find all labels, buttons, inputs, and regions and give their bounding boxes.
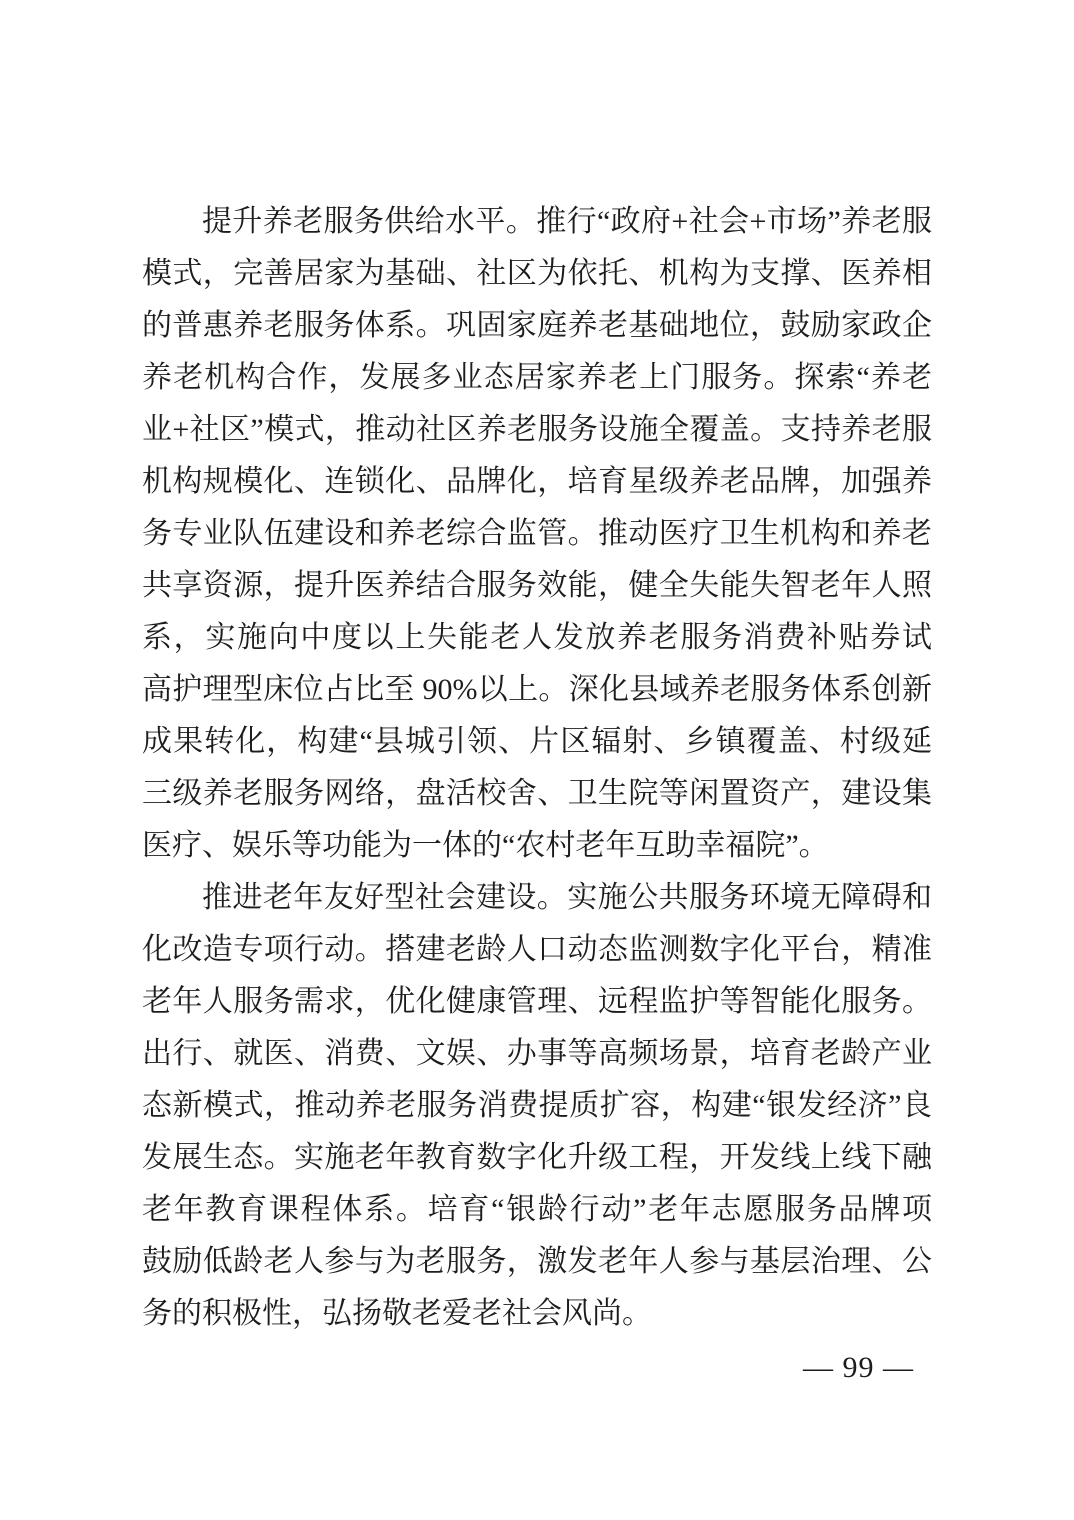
text-line: 鼓励低龄老人参与为老服务，激发老年人参与基层治理、公益服 bbox=[142, 1236, 932, 1288]
page-number: — 99 — bbox=[803, 1352, 914, 1384]
text-line: 务专业队伍建设和养老综合监管。推动医疗卫生机构和养老机构 bbox=[142, 508, 932, 560]
text-line: 老年教育课程体系。培育“银龄行动”老年志愿服务品牌项目， bbox=[142, 1184, 932, 1236]
text-line: 三级养老服务网络，盘活校舍、卫生院等闲置资产，建设集服务、 bbox=[142, 768, 932, 820]
text-line: 务的积极性，弘扬敬老爱老社会风尚。 bbox=[142, 1288, 932, 1340]
paragraph: 提升养老服务供给水平。推行“政府+社会+市场”养老服务模式，完善居家为基础、社区… bbox=[142, 196, 932, 872]
text-line: 高护理型床位占比至 90%以上。深化县域养老服务体系创新试点 bbox=[142, 664, 932, 716]
text-line: 系，实施向中度以上失能老人发放养老服务消费补贴券试点，提 bbox=[142, 612, 932, 664]
text-line: 的普惠养老服务体系。巩固家庭养老基础地位，鼓励家政企业和 bbox=[142, 300, 932, 352]
document-body: 提升养老服务供给水平。推行“政府+社会+市场”养老服务模式，完善居家为基础、社区… bbox=[142, 196, 932, 1340]
text-line: 成果转化，构建“县城引领、片区辐射、乡镇覆盖、村级延伸” bbox=[142, 716, 932, 768]
text-line: 出行、就医、消费、文娱、办事等高频场景，培育老龄产业新业 bbox=[142, 1028, 932, 1080]
text-line: 机构规模化、连锁化、品牌化，培育星级养老品牌，加强养老服 bbox=[142, 456, 932, 508]
text-line: 养老机构合作，发展多业态居家养老上门服务。探索“养老+物 bbox=[142, 352, 932, 404]
text-line: 老年人服务需求，优化健康管理、远程监护等智能化服务。聚焦 bbox=[142, 976, 932, 1028]
document-page: 提升养老服务供给水平。推行“政府+社会+市场”养老服务模式，完善居家为基础、社区… bbox=[0, 0, 1074, 1520]
text-line: 态新模式，推动养老服务消费提质扩容，构建“银发经济”良性 bbox=[142, 1080, 932, 1132]
text-line: 推进老年友好型社会建设。实施公共服务环境无障碍和适老 bbox=[142, 872, 932, 924]
text-line: 业+社区”模式，推动社区养老服务设施全覆盖。支持养老服务 bbox=[142, 404, 932, 456]
text-line: 共享资源，提升医养结合服务效能，健全失能失智老年人照护体 bbox=[142, 560, 932, 612]
text-line: 提升养老服务供给水平。推行“政府+社会+市场”养老服务 bbox=[142, 196, 932, 248]
text-line: 模式，完善居家为基础、社区为依托、机构为支撑、医养相结合 bbox=[142, 248, 932, 300]
text-line: 发展生态。实施老年教育数字化升级工程，开发线上线下融合的 bbox=[142, 1132, 932, 1184]
paragraph: 推进老年友好型社会建设。实施公共服务环境无障碍和适老化改造专项行动。搭建老龄人口… bbox=[142, 872, 932, 1340]
text-line: 化改造专项行动。搭建老龄人口动态监测数字化平台，精准摸排 bbox=[142, 924, 932, 976]
text-line: 医疗、娱乐等功能为一体的“农村老年互助幸福院”。 bbox=[142, 820, 932, 872]
